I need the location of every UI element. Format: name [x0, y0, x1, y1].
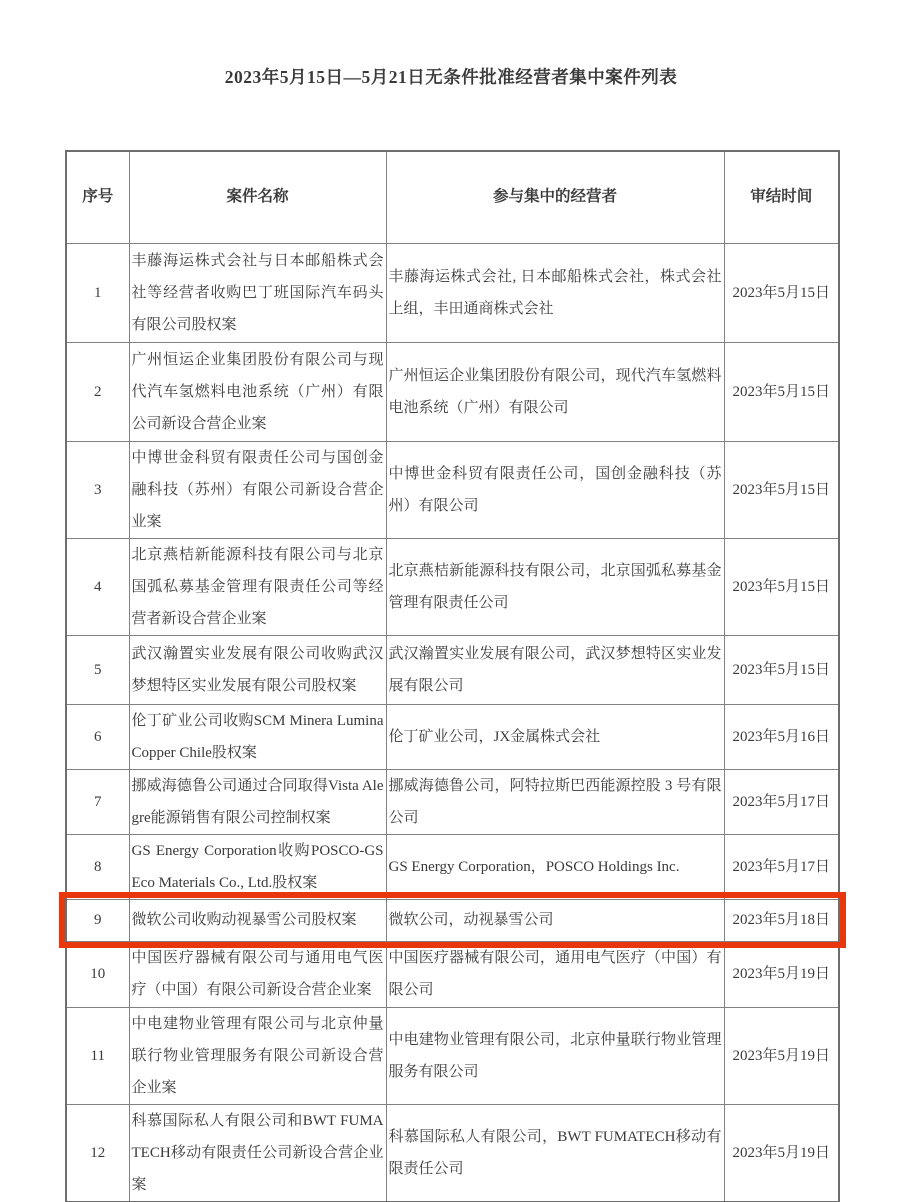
- cell-date: 2023年5月17日: [724, 834, 839, 899]
- cell-date: 2023年5月16日: [724, 704, 839, 769]
- cell-no: 10: [66, 941, 129, 1007]
- cell-date: 2023年5月18日: [724, 899, 839, 941]
- cell-case-name: 北京燕桔新能源科技有限公司与北京国弧私募基金管理有限责任公司等经营者新设合营企业…: [129, 538, 386, 635]
- table-row: 2 广州恒运企业集团股份有限公司与现代汽车氢燃料电池系统（广州）有限公司新设合营…: [66, 342, 839, 441]
- cell-parties: 中国医疗器械有限公司，通用电气医疗（中国）有限公司: [386, 941, 724, 1007]
- table-row: 1 丰藤海运株式会社与日本邮船株式会社等经营者收购巴丁班国际汽车码头有限公司股权…: [66, 243, 839, 342]
- cell-case-name: 微软公司收购动视暴雪公司股权案: [129, 899, 386, 941]
- cell-parties: GS Energy Corporation，POSCO Holdings Inc…: [386, 834, 724, 899]
- cell-case-name: 伦丁矿业公司收购SCM Minera Lumina Copper Chile股权…: [129, 704, 386, 769]
- cell-case-name: 中国医疗器械有限公司与通用电气医疗（中国）有限公司新设合营企业案: [129, 941, 386, 1007]
- cell-case-name: 广州恒运企业集团股份有限公司与现代汽车氢燃料电池系统（广州）有限公司新设合营企业…: [129, 342, 386, 441]
- cell-date: 2023年5月17日: [724, 769, 839, 834]
- column-header-date: 审结时间: [724, 151, 839, 243]
- cell-parties: 广州恒运企业集团股份有限公司，现代汽车氢燃料电池系统（广州）有限公司: [386, 342, 724, 441]
- cell-case-name: GS Energy Corporation收购POSCO-GS Eco Mate…: [129, 834, 386, 899]
- table-row: 8 GS Energy Corporation收购POSCO-GS Eco Ma…: [66, 834, 839, 899]
- column-header-case-name: 案件名称: [129, 151, 386, 243]
- table-row: 11 中电建物业管理有限公司与北京仲量联行物业管理服务有限公司新设合营企业案 中…: [66, 1007, 839, 1104]
- cell-date: 2023年5月15日: [724, 342, 839, 441]
- cell-parties: 科慕国际私人有限公司，BWT FUMATECH移动有限责任公司: [386, 1104, 724, 1202]
- cell-no: 2: [66, 342, 129, 441]
- cell-date: 2023年5月19日: [724, 941, 839, 1007]
- table-row-highlighted: 9 微软公司收购动视暴雪公司股权案 微软公司，动视暴雪公司 2023年5月18日: [66, 899, 839, 941]
- cell-parties: 中电建物业管理有限公司，北京仲量联行物业管理服务有限公司: [386, 1007, 724, 1104]
- cell-parties: 伦丁矿业公司，JX金属株式会社: [386, 704, 724, 769]
- cell-no: 12: [66, 1104, 129, 1202]
- table-row: 7 挪威海德鲁公司通过合同取得Vista Alegre能源销售有限公司控制权案 …: [66, 769, 839, 834]
- cell-date: 2023年5月15日: [724, 635, 839, 704]
- cell-no: 6: [66, 704, 129, 769]
- page-title: 2023年5月15日—5月21日无条件批准经营者集中案件列表: [0, 64, 902, 89]
- table-header-row: 序号 案件名称 参与集中的经营者 审结时间: [66, 151, 839, 243]
- cell-date: 2023年5月15日: [724, 538, 839, 635]
- cell-parties: 丰藤海运株式会社, 日本邮船株式会社，株式会社上组，丰田通商株式会社: [386, 243, 724, 342]
- table-row: 12 科慕国际私人有限公司和BWT FUMATECH移动有限责任公司新设合营企业…: [66, 1104, 839, 1202]
- column-header-no: 序号: [66, 151, 129, 243]
- cell-no: 5: [66, 635, 129, 704]
- table-row: 6 伦丁矿业公司收购SCM Minera Lumina Copper Chile…: [66, 704, 839, 769]
- column-header-parties: 参与集中的经营者: [386, 151, 724, 243]
- cell-date: 2023年5月19日: [724, 1007, 839, 1104]
- cell-date: 2023年5月15日: [724, 243, 839, 342]
- table-row: 5 武汉瀚置实业发展有限公司收购武汉梦想特区实业发展有限公司股权案 武汉瀚置实业…: [66, 635, 839, 704]
- table-row: 3 中博世金科贸有限责任公司与国创金融科技（苏州）有限公司新设合营企业案 中博世…: [66, 441, 839, 538]
- cell-no: 7: [66, 769, 129, 834]
- table-row: 10 中国医疗器械有限公司与通用电气医疗（中国）有限公司新设合营企业案 中国医疗…: [66, 941, 839, 1007]
- cell-no: 9: [66, 899, 129, 941]
- cell-case-name: 科慕国际私人有限公司和BWT FUMATECH移动有限责任公司新设合营企业案: [129, 1104, 386, 1202]
- table-row: 4 北京燕桔新能源科技有限公司与北京国弧私募基金管理有限责任公司等经营者新设合营…: [66, 538, 839, 635]
- cell-parties: 武汉瀚置实业发展有限公司，武汉梦想特区实业发展有限公司: [386, 635, 724, 704]
- cell-no: 3: [66, 441, 129, 538]
- cell-case-name: 中博世金科贸有限责任公司与国创金融科技（苏州）有限公司新设合营企业案: [129, 441, 386, 538]
- cell-no: 11: [66, 1007, 129, 1104]
- cell-date: 2023年5月15日: [724, 441, 839, 538]
- cell-no: 8: [66, 834, 129, 899]
- cell-parties: 挪威海德鲁公司，阿特拉斯巴西能源控股 3 号有限公司: [386, 769, 724, 834]
- cell-date: 2023年5月19日: [724, 1104, 839, 1202]
- cell-parties: 中博世金科贸有限责任公司，国创金融科技（苏州）有限公司: [386, 441, 724, 538]
- cell-parties: 微软公司，动视暴雪公司: [386, 899, 724, 941]
- cell-case-name: 中电建物业管理有限公司与北京仲量联行物业管理服务有限公司新设合营企业案: [129, 1007, 386, 1104]
- cell-parties: 北京燕桔新能源科技有限公司，北京国弧私募基金管理有限责任公司: [386, 538, 724, 635]
- cell-case-name: 挪威海德鲁公司通过合同取得Vista Alegre能源销售有限公司控制权案: [129, 769, 386, 834]
- cell-no: 1: [66, 243, 129, 342]
- cases-table: 序号 案件名称 参与集中的经营者 审结时间 1 丰藤海运株式会社与日本邮船株式会…: [65, 150, 840, 1202]
- cell-no: 4: [66, 538, 129, 635]
- cell-case-name: 武汉瀚置实业发展有限公司收购武汉梦想特区实业发展有限公司股权案: [129, 635, 386, 704]
- cell-case-name: 丰藤海运株式会社与日本邮船株式会社等经营者收购巴丁班国际汽车码头有限公司股权案: [129, 243, 386, 342]
